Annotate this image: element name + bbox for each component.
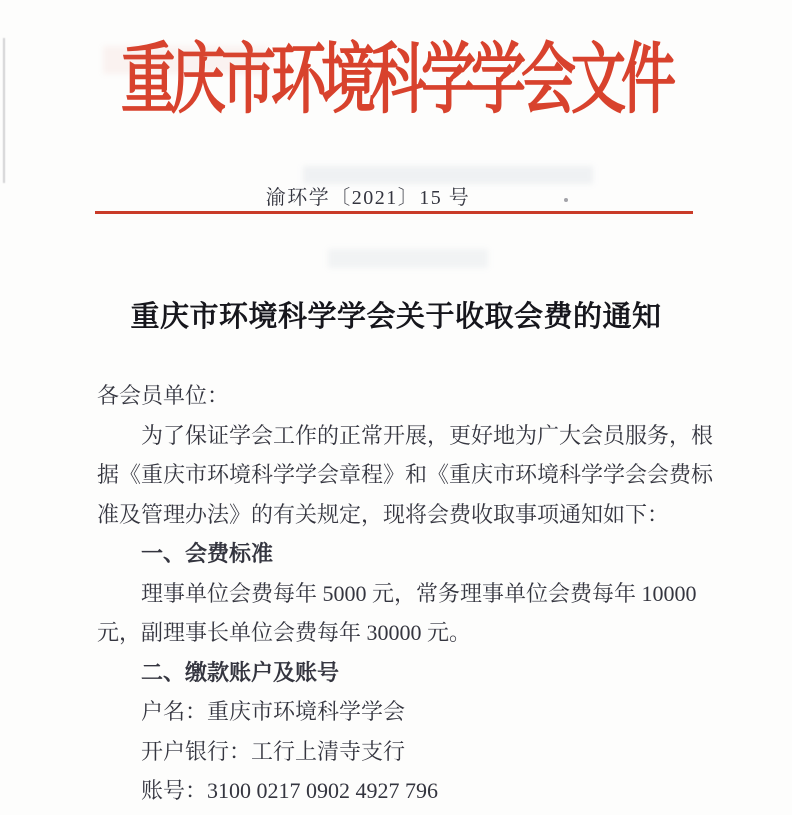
doc-number: 渝环学〔2021〕15 号 <box>0 181 764 210</box>
section-heading-fee-standard: 一、会费标准 <box>97 534 690 574</box>
body-line-opening-1: 为了保证学会工作的正常开展，更好地为广大会员服务，根 <box>97 416 690 456</box>
notice-body: 各会员单位： 为了保证学会工作的正常开展，更好地为广大会员服务，根 据《重庆市环… <box>97 376 690 811</box>
body-line-fee-2: 元，副理事长单位会费每年 30000 元。 <box>97 613 690 653</box>
salutation: 各会员单位： <box>97 376 690 416</box>
section-heading-payment-account: 二、缴款账户及账号 <box>97 653 690 693</box>
notice-title: 重庆市环境科学学会关于收取会费的通知 <box>0 294 792 335</box>
body-line-fee-1: 理事单位会费每年 5000 元，常务理事单位会费每年 10000 <box>97 574 690 614</box>
body-line-opening-3: 准及管理办法》的有关规定，现将会费收取事项通知如下： <box>97 495 690 535</box>
account-name-line: 户名：重庆市环境科学学会 <box>97 692 690 732</box>
document-page: 重庆市环境科学学会文件 渝环学〔2021〕15 号 重庆市环境科学学会关于收取会… <box>0 0 792 815</box>
scan-artifact <box>328 249 488 268</box>
letterhead-banner: 重庆市环境科学学会文件 <box>0 18 792 97</box>
account-number-line: 账号：3100 0217 0902 4927 796 <box>97 771 690 811</box>
letterhead-title: 重庆市环境科学学会文件 <box>121 18 671 129</box>
body-line-opening-2: 据《重庆市环境科学学会章程》和《重庆市环境科学学会会费标 <box>97 455 690 495</box>
red-divider-line <box>95 211 693 214</box>
bank-line: 开户银行：工行上清寺支行 <box>97 732 690 772</box>
